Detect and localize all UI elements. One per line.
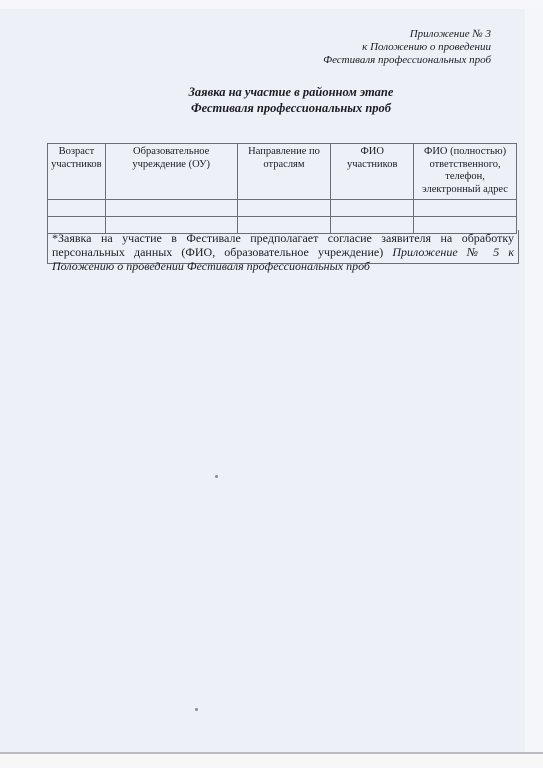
appendix-number: Приложение № 3 xyxy=(323,28,491,41)
consent-note: *Заявка на участие в Фестивале предполаг… xyxy=(47,230,519,264)
column-header-line: ФИО xyxy=(331,146,413,159)
document-page xyxy=(0,9,525,752)
title-line-1: Заявка на участие в районном этапе xyxy=(150,84,432,100)
table-cell-participants-name[interactable] xyxy=(331,200,414,217)
column-header-line: ФИО (полностью) xyxy=(414,146,516,159)
column-header-age: Возрастучастников xyxy=(48,144,106,200)
column-header-line: ответственного, xyxy=(414,159,516,172)
scan-speck xyxy=(215,475,218,478)
appendix-reference: к Положению о проведении xyxy=(323,41,491,54)
table-header-row: ВозрастучастниковОбразовательноеучрежден… xyxy=(48,144,517,200)
application-table: ВозрастучастниковОбразовательноеучрежден… xyxy=(47,143,517,234)
column-header-line: телефон, xyxy=(414,171,516,184)
column-header-line: Направление по xyxy=(238,146,331,159)
column-header-line: участников xyxy=(48,159,105,172)
page-title: Заявка на участие в районном этапе Фести… xyxy=(150,84,432,116)
column-header-line: участников xyxy=(331,159,413,172)
column-header-line: Образовательное xyxy=(106,146,237,159)
scan-bottom-edge xyxy=(0,752,543,768)
table-cell-institution[interactable] xyxy=(105,200,237,217)
title-line-2: Фестиваля профессиональных проб xyxy=(150,100,432,116)
table-cell-age[interactable] xyxy=(48,200,106,217)
column-header-line: учреждение (ОУ) xyxy=(106,159,237,172)
column-header-responsible-contact: ФИО (полностью)ответственного,телефон,эл… xyxy=(414,144,517,200)
scan-speck xyxy=(195,708,198,711)
column-header-line: электронный адрес xyxy=(414,184,516,197)
column-header-line: Возраст xyxy=(48,146,105,159)
appendix-festival: Фестиваля профессиональных проб xyxy=(323,54,491,67)
table-row xyxy=(48,200,517,217)
table-cell-responsible-contact[interactable] xyxy=(414,200,517,217)
column-header-participants-name: ФИОучастников xyxy=(331,144,414,200)
column-header-line: отраслям xyxy=(238,159,331,172)
column-header-direction: Направление поотраслям xyxy=(237,144,331,200)
scan-right-edge xyxy=(525,9,543,761)
table-cell-direction[interactable] xyxy=(237,200,331,217)
column-header-institution: Образовательноеучреждение (ОУ) xyxy=(105,144,237,200)
appendix-header: Приложение № 3 к Положению о проведении … xyxy=(323,28,491,67)
scan-top-edge xyxy=(0,0,543,9)
